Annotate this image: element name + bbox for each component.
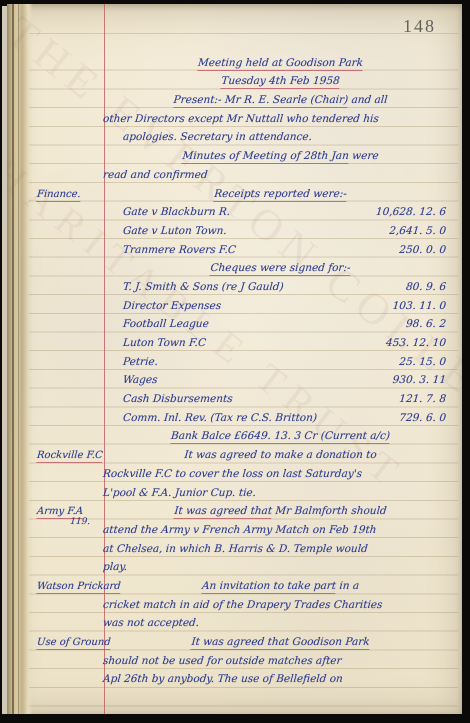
entry-text-underlined: An invitation to take part [201,580,336,594]
ledger-row: Luton Town F.C453. 12. 10 [29,332,458,351]
entry-text: T. J. Smith & Sons (re J Gauld) [102,281,284,294]
entry-amount: 25. 15. 0 [353,356,458,369]
entry-text-segment: Luton Town F.C [123,337,207,349]
entry-text-segment: attend the Army v French Army Match on F… [103,524,377,536]
ledger-row: T. J. Smith & Sons (re J Gauld)80. 9. 6 [29,276,458,295]
ledger-row: Finance.Receipts reported were:- [29,183,458,202]
entry-text-segment: read and confirmed [103,169,209,181]
entry-text: Gate v Luton Town. [102,225,227,238]
entry-text-segment: Football League [123,318,210,330]
entry-text-segment: Rockville F.C to cover the loss on last … [103,468,363,480]
ledger-row: Army F.A119.It was agreed that Mr Balmfo… [29,501,458,520]
ledger-row: Rockville F.CIt was agreed to make a don… [29,444,458,463]
entry-text-segment: apologies. Secretary in attendance. [123,131,313,143]
entry-text: Present:- Mr R. E. Searle (Chair) and al… [173,94,388,107]
ledger-row: Minutes of Meeting of 28th Jan were [29,145,458,164]
entry-amount: 10,628. 12. 6 [353,206,458,219]
ledger-row: should not be used for outside matches a… [29,650,458,669]
entry-text: Tranmere Rovers F.C [102,244,236,257]
ledger-row: Wages930. 3. 11 [29,370,458,389]
entry-text: Receipts reported were:- [214,188,348,201]
ledger-row: Tranmere Rovers F.C250. 0. 0 [29,239,458,258]
entry-text-segment: Wages [123,374,159,386]
ledger-row: Watson PrickardAn invitation to take par… [29,575,458,594]
ledger-row: Apl 26th by anybody. The use of Bellefie… [29,669,458,688]
ledger-row: Cheques were signed for:- [29,258,458,277]
entry-amount: 250. 0. 0 [353,244,458,257]
ledger-row: Bank Balce £6649. 13. 3 Cr (Current a/c) [29,426,458,445]
entry-text: It was agreed that Goodison Park [191,636,370,649]
ruled-line [29,33,458,34]
entry-text: Gate v Blackburn R. [102,206,230,219]
entry-text: Bank Balce £6649. 13. 3 Cr (Current a/c) [170,430,390,443]
margin-note-label: Finance. [36,189,81,202]
entry-text: cricket match in aid of the Drapery Trad… [102,599,383,612]
entry-text: It was agreed to make a donation to [184,449,378,462]
margin-note: Use of Ground [36,636,103,649]
ledger-row: Football League98. 6. 2 [29,314,458,333]
entry-text: Tuesday 4th Feb 1958 [221,75,340,88]
ledger-row: apologies. Secretary in attendance. [29,127,458,146]
entry-amount: 2,641. 5. 0 [353,225,458,238]
ledger-row: Use of GroundIt was agreed that Goodison… [29,631,458,650]
entry-text-segment: was not accepted. [103,617,200,629]
entry-text: read and confirmed [102,169,208,182]
entry-amount: 80. 9. 6 [353,281,458,294]
margin-note: Finance. [36,188,103,201]
ledger-row: Director Expenses103. 11. 0 [29,295,458,314]
ledger-row: Present:- Mr R. E. Searle (Chair) and al… [29,89,458,108]
entry-text-segment: other Directors except Mr Nuttall who te… [103,113,380,125]
entry-text-segment: It was agreed to make a donation to [184,449,377,461]
ledger-row: was not accepted. [29,613,458,632]
entry-text-segment: Cash Disbursements [123,393,234,405]
entry-text-segment: were [348,150,379,162]
entry-text-segment: play. [103,561,128,573]
entry-text-segment: in a [336,580,360,592]
entry-text: Cash Disbursements [102,393,233,406]
ledger-row: cricket match in aid of the Drapery Trad… [29,594,458,613]
entry-text-underlined: Tuesday 4th Feb 1958 [221,75,341,89]
entry-text-segment: cricket match in aid of the Drapery Trad… [103,599,383,611]
margin-note: Watson Prickard [36,580,103,593]
entry-text-underlined: Bank Balce £6649. 13. 3 Cr (Current a/c) [170,430,390,444]
entry-text: Wages [102,374,158,387]
entry-text-underlined: It was agreed that [174,505,273,519]
entry-text: Director Expenses [102,300,221,313]
entry-text-segment: Director Expenses [123,300,222,312]
entry-amount: 121. 7. 8 [353,393,458,406]
entry-text-segment: Apl 26th by anybody. The use of Bellefie… [103,673,344,685]
margin-note-sub: 119. [69,516,90,529]
entry-text: apologies. Secretary in attendance. [102,131,312,144]
minute-book-page: THE EVERTON COLLECTION CHARITABLE TRUST … [7,4,462,714]
margin-note-label: Rockville F.C [36,450,103,463]
margin-note: Army F.A119. [36,505,103,518]
entry-text-segment: Petrie. [123,356,159,368]
ledger-row: at Chelsea, in which B. Harris & D. Temp… [29,538,458,557]
entry-text: Comm. Inl. Rev. (Tax re C.S. Britton) [102,412,317,425]
entry-text-underlined: Meeting held at Goodison Park [197,57,363,71]
binding-crease-secondary [18,4,19,714]
entry-amount: 453. 12. 10 [353,337,458,350]
entry-text-underlined: Present:- Mr R. E. Searle (Chair) [173,94,349,108]
ledger-row: Gate v Blackburn R.10,628. 12. 6 [29,202,458,221]
ledger-row: attend the Army v French Army Match on F… [29,519,458,538]
entry-text-segment: T. J. Smith & Sons (re J Gauld) [123,281,285,293]
entry-text-segment: and all [348,94,388,106]
entry-text-segment: Tranmere Rovers F.C [123,244,237,256]
entry-text-segment: L'pool & F.A. Junior Cup. tie. [103,487,257,499]
ledger-row: Meeting held at Goodison Park [29,52,458,71]
entry-text: was not accepted. [102,617,199,630]
entry-text-segment: Gate v Blackburn R. [123,206,231,218]
entry-amount: 103. 11. 0 [353,300,458,313]
ledger-row: Comm. Inl. Rev. (Tax re C.S. Britton)729… [29,407,458,426]
entry-amount: 98. 6. 2 [353,318,458,331]
entry-text: It was agreed that Mr Balmforth should [174,505,387,518]
ledger-row: Gate v Luton Town.2,641. 5. 0 [29,220,458,239]
entry-text: Apl 26th by anybody. The use of Bellefie… [102,673,343,686]
entry-text: Cheques were signed for:- [210,262,351,275]
entry-text: Meeting held at Goodison Park [197,57,363,70]
entry-text: Football League [102,318,209,331]
ledger-row: Tuesday 4th Feb 1958 [29,71,458,90]
entry-amount: 729. 6. 0 [353,412,458,425]
entry-text-segment: Comm. Inl. Rev. (Tax re C.S. Britton) [123,412,318,424]
entry-text-segment: at Chelsea, in which B. Harris & D. Temp… [103,543,369,555]
ledger-row: other Directors except Mr Nuttall who te… [29,108,458,127]
entries: Meeting held at Goodison ParkTuesday 4th… [29,52,458,708]
entry-text: Minutes of Meeting of 28th Jan were [182,150,379,163]
entry-text-segment: Mr Balmforth should [272,505,388,517]
binding-crease [12,4,14,714]
ledger-row: Cash Disbursements121. 7. 8 [29,388,458,407]
entry-text: An invitation to take part in a [201,580,359,593]
entry-text: at Chelsea, in which B. Harris & D. Temp… [102,543,368,556]
margin-note: Rockville F.C [36,449,103,462]
entry-text-underlined: Cheques were signed for:- [210,262,351,276]
ledger-row: read and confirmed [29,164,458,183]
page-number: 148 [403,16,436,37]
entry-text: other Directors except Mr Nuttall who te… [102,113,379,126]
entry-text-segment: Gate v Luton Town. [123,225,228,237]
entry-amount: 930. 3. 11 [353,374,458,387]
margin-note-label: Use of Ground [36,637,111,650]
entry-text: should not be used for outside matches a… [102,655,342,668]
entry-text-underlined: It was agreed that Goodison Park [191,636,370,650]
entry-text: attend the Army v French Army Match on F… [102,524,377,537]
entry-text-underlined: Minutes of Meeting of 28th Jan [182,150,350,164]
scanned-minute-book-photo: { "page": { "number": "148" }, "colors":… [0,0,470,723]
entry-text: Rockville F.C to cover the loss on last … [102,468,362,481]
ledger-row: Petrie.25. 15. 0 [29,351,458,370]
ledger-row: Rockville F.C to cover the loss on last … [29,463,458,482]
entry-text-segment: should not be used for outside matches a… [103,655,343,667]
ledger-row: L'pool & F.A. Junior Cup. tie. [29,482,458,501]
entry-text-underlined: Receipts reported were:- [214,188,348,202]
ledger-row: play. [29,557,458,576]
entry-text: Petrie. [102,356,158,369]
entry-text: L'pool & F.A. Junior Cup. tie. [102,487,256,500]
entry-text: Luton Town F.C [102,337,206,350]
entry-text: play. [102,561,127,574]
